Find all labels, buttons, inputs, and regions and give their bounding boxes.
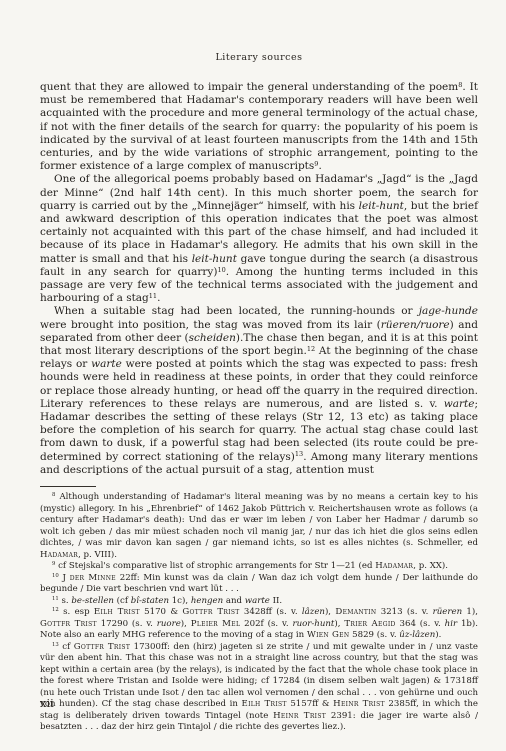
footnote-11: 11 s. be-stellen (cf bî-staten 1c), heng… <box>40 596 478 608</box>
footnote-10: 10 J der Minne 22ff: Min kunst was da cl… <box>40 573 478 596</box>
paragraph-1: quent that they are allowed to impair th… <box>40 81 478 173</box>
footnote-separator <box>40 486 96 487</box>
footnotes: 8 Although understanding of Hadamar's li… <box>40 492 478 734</box>
main-text: quent that they are allowed to impair th… <box>40 81 478 477</box>
running-head: Literary sources <box>40 52 478 64</box>
footnote-8: 8 Although understanding of Hadamar's li… <box>40 492 478 561</box>
footnote-12: 12 s. esp Eilh Trist 5170 & Gottfr Trist… <box>40 607 478 642</box>
paragraph-2: One of the allegorical poems probably ba… <box>40 173 478 305</box>
paragraph-3: When a suitable stag had been located, t… <box>40 305 478 477</box>
page-number: xii <box>40 696 54 710</box>
footnote-9: 9 cf Stejskal's comparative list of stro… <box>40 561 478 573</box>
book-page: Literary sources quent that they are all… <box>0 0 506 751</box>
footnote-13: 13 cf Gottfr Trist 17300ff: den (hirz) j… <box>40 642 478 734</box>
